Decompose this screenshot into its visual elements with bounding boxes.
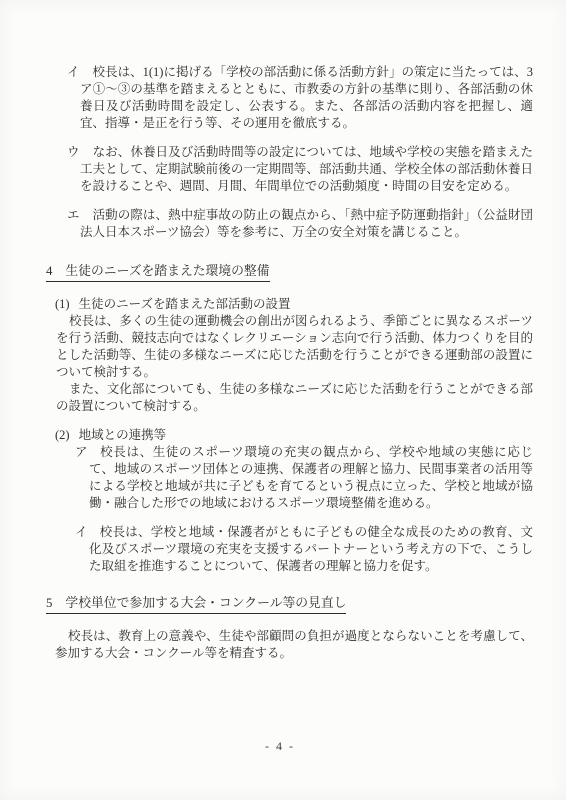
heading-underline: 4生徒のニーズを踏まえた環境の整備 xyxy=(46,264,270,282)
item-text: なお、休養日及び活動時間等の設定については、地域や学校の実態を踏まえた工夫として… xyxy=(80,145,533,193)
item-marker: ウ xyxy=(67,145,80,159)
sub-kana-item-i: イ校長は、学校と地域・保護者がともに子どもの健全な成長のための教育、文化及びスポ… xyxy=(89,524,533,575)
item-text: 活動の際は、熱中症事故の防止の観点から、「熱中症予防運動指針」（公益財団法人日本… xyxy=(80,208,533,239)
kana-item-e: エ活動の際は、熱中症事故の防止の観点から、「熱中症予防運動指針」（公益財団法人日… xyxy=(80,207,533,241)
page-number: - 4 - xyxy=(0,738,560,755)
sub-item-label: (2) xyxy=(55,428,70,442)
body-paragraph: 校長は、多くの生徒の運動機会の創出が図られるよう、季節ごとに異なるスポーツを行う… xyxy=(56,313,533,381)
heading-underline: 5学校単位で参加する大会・コンクール等の見直し xyxy=(46,596,346,614)
heading-title: 学校単位で参加する大会・コンクール等の見直し xyxy=(65,596,346,610)
item-text: 校長は、1(1)に掲げる「学校の部活動に係る活動方針」の策定に当たっては、3ア①… xyxy=(80,65,533,130)
kana-item-u: ウなお、休養日及び活動時間等の設定については、地域や学校の実態を踏まえた工夫とし… xyxy=(80,144,533,195)
sub-item-1-label-line: (1)生徒のニーズを踏まえた部活動の設置 xyxy=(55,296,533,313)
item-marker: イ xyxy=(75,525,88,539)
heading-title: 生徒のニーズを踏まえた環境の整備 xyxy=(65,264,269,278)
heading-number: 4 xyxy=(46,264,52,278)
section-5-heading: 5学校単位で参加する大会・コンクール等の見直し xyxy=(46,595,533,612)
body-paragraph: 校長は、教育上の意義や、生徒や部顧問の負担が過度とならないことを考慮して、参加す… xyxy=(55,628,533,662)
sub-item-2-label-line: (2)地域との連携等 xyxy=(55,427,533,444)
sub-kana-item-a: ア校長は、生徒のスポーツ環境の充実の観点から、学校や地域の実態に応じて、地域のス… xyxy=(89,444,533,512)
scanned-document-page: イ校長は、1(1)に掲げる「学校の部活動に係る活動方針」の策定に当たっては、3ア… xyxy=(0,0,566,800)
item-marker: ア xyxy=(75,445,88,459)
item-marker: イ xyxy=(67,65,80,79)
section-4-heading: 4生徒のニーズを踏まえた環境の整備 xyxy=(46,263,533,280)
item-marker: エ xyxy=(67,208,80,222)
body-paragraph: また、文化部についても、生徒の多様なニーズに応じた活動を行うことができる部の設置… xyxy=(56,381,533,415)
sub-item-title: 地域との連携等 xyxy=(79,428,167,442)
document-content: イ校長は、1(1)に掲げる「学校の部活動に係る活動方針」の策定に当たっては、3ア… xyxy=(0,0,566,662)
item-text: 校長は、学校と地域・保護者がともに子どもの健全な成長のための教育、文化及びスポー… xyxy=(89,525,533,573)
kana-item-i: イ校長は、1(1)に掲げる「学校の部活動に係る活動方針」の策定に当たっては、3ア… xyxy=(80,64,533,132)
heading-number: 5 xyxy=(46,596,52,610)
item-text: 校長は、生徒のスポーツ環境の充実の観点から、学校や地域の実態に応じて、地域のスポ… xyxy=(89,445,533,510)
sub-item-title: 生徒のニーズを踏まえた部活動の設置 xyxy=(79,297,291,311)
sub-item-label: (1) xyxy=(55,297,70,311)
